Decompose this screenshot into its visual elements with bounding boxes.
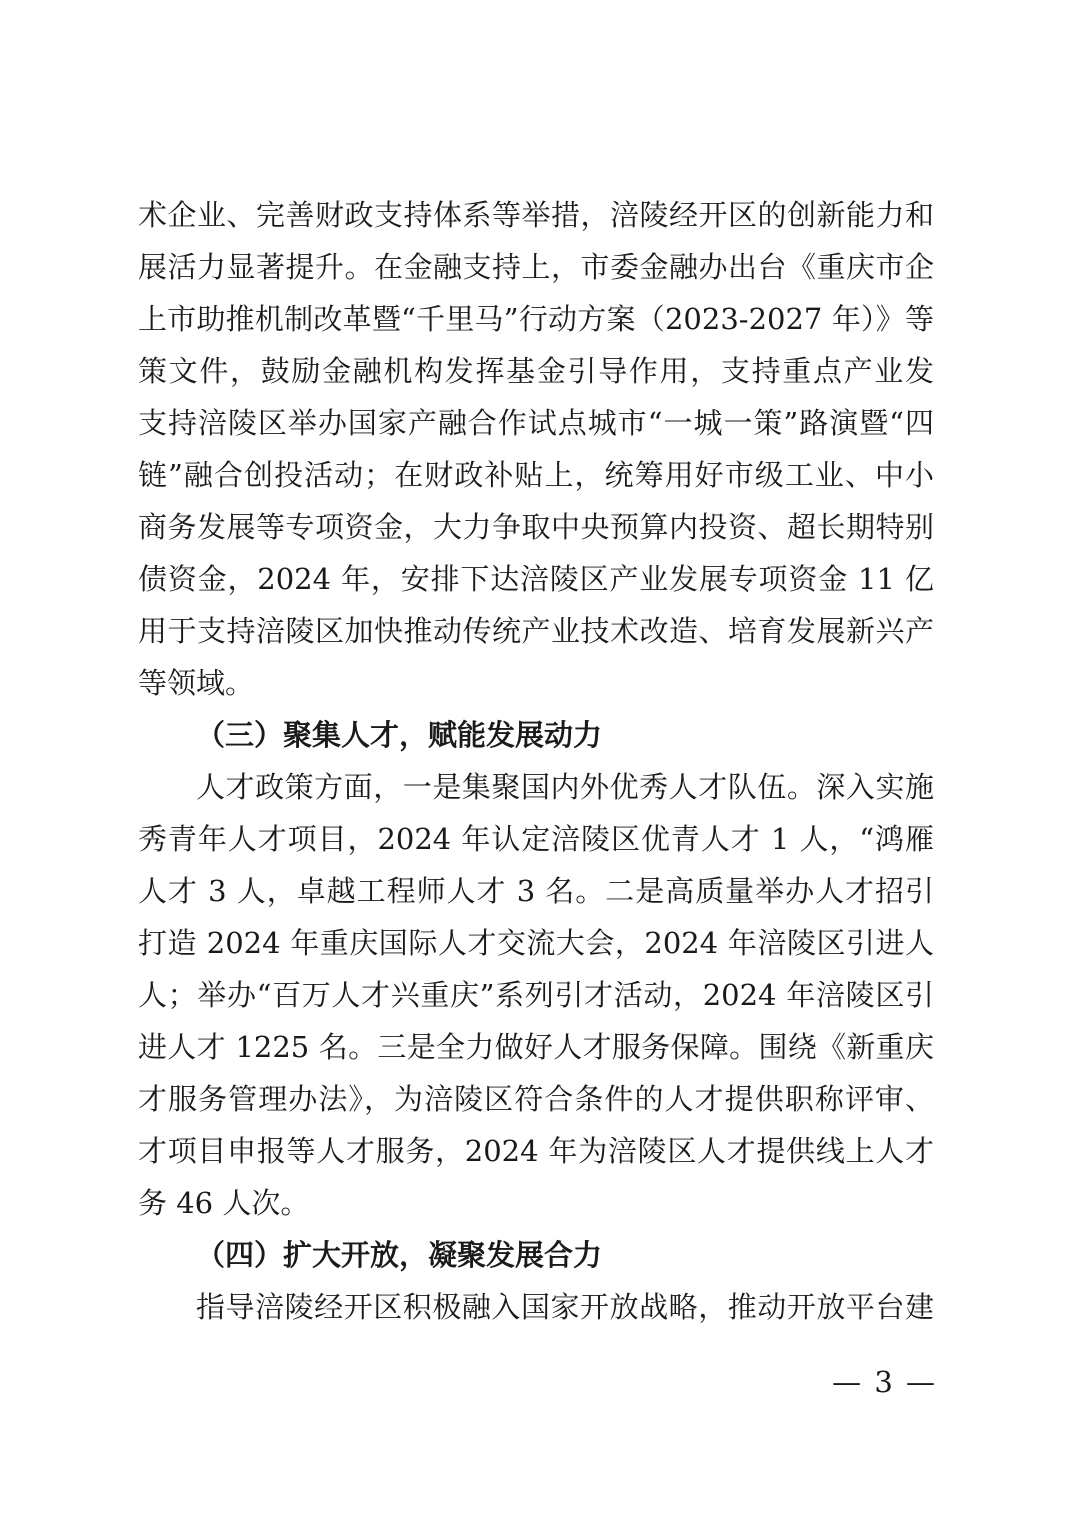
body-line: 指导涪陵经开区积极融入国家开放战略，推动开放平台建 (138, 1281, 934, 1333)
body-line: 才服务管理办法》，为涪陵区符合条件的人才提供职称评审、人 (138, 1073, 934, 1125)
body-line: 进人才 1225 名。三是全力做好人才服务保障。围绕《新重庆人 (138, 1021, 934, 1073)
body-line: 务 46 人次。 (138, 1177, 934, 1229)
body-line: 商务发展等专项资金，大力争取中央预算内投资、超长期特别国 (138, 501, 934, 553)
body-line: 上市助推机制改革暨“千里马”行动方案（2023-2027 年）》等政 (138, 293, 934, 345)
body-line: 人才 3 人，卓越工程师人才 3 名。二是高质量举办人才招引活动。 (138, 865, 934, 917)
body-line: 术企业、完善财政支持体系等举措，涪陵经开区的创新能力和发 (138, 189, 934, 241)
body-line: 链”融合创投活动；在财政补贴上，统筹用好市级工业、中小微、 (138, 449, 934, 501)
body-line: 用于支持涪陵区加快推动传统产业技术改造、培育发展新兴产业 (138, 605, 934, 657)
section-heading-four: （四）扩大开放，凝聚发展合力 (138, 1229, 934, 1281)
document-page: 术企业、完善财政支持体系等举措，涪陵经开区的创新能力和发 展活力显著提升。在金融… (0, 0, 1074, 1520)
body-line: 人；举办“百万人才兴重庆”系列引才活动，2024 年涪陵区引 (138, 969, 934, 1021)
page-number: — 3 — (832, 1360, 937, 1404)
body-line: 展活力显著提升。在金融支持上，市委金融办出台《重庆市企业 (138, 241, 934, 293)
body-line: 策文件，鼓励金融机构发挥基金引导作用，支持重点产业发展， (138, 345, 934, 397)
section-heading-three: （三）聚集人才，赋能发展动力 (138, 709, 934, 761)
document-body: 术企业、完善财政支持体系等举措，涪陵经开区的创新能力和发 展活力显著提升。在金融… (138, 189, 934, 1333)
body-line: 才项目申报等人才服务，2024 年为涪陵区人才提供线上人才服 (138, 1125, 934, 1177)
body-line: 秀青年人才项目，2024 年认定涪陵区优青人才 1 人，“鸿雁计划” (138, 813, 934, 865)
body-line: 打造 2024 年重庆国际人才交流大会，2024 年涪陵区引进人才 77 (138, 917, 934, 969)
body-line: 等领域。 (138, 657, 934, 709)
body-line: 人才政策方面，一是集聚国内外优秀人才队伍。深入实施优 (138, 761, 934, 813)
body-line: 债资金，2024 年，安排下达涪陵区产业发展专项资金 11 亿元， (138, 553, 934, 605)
body-line: 支持涪陵区举办国家产融合作试点城市“一城一策”路演暨“四 (138, 397, 934, 449)
